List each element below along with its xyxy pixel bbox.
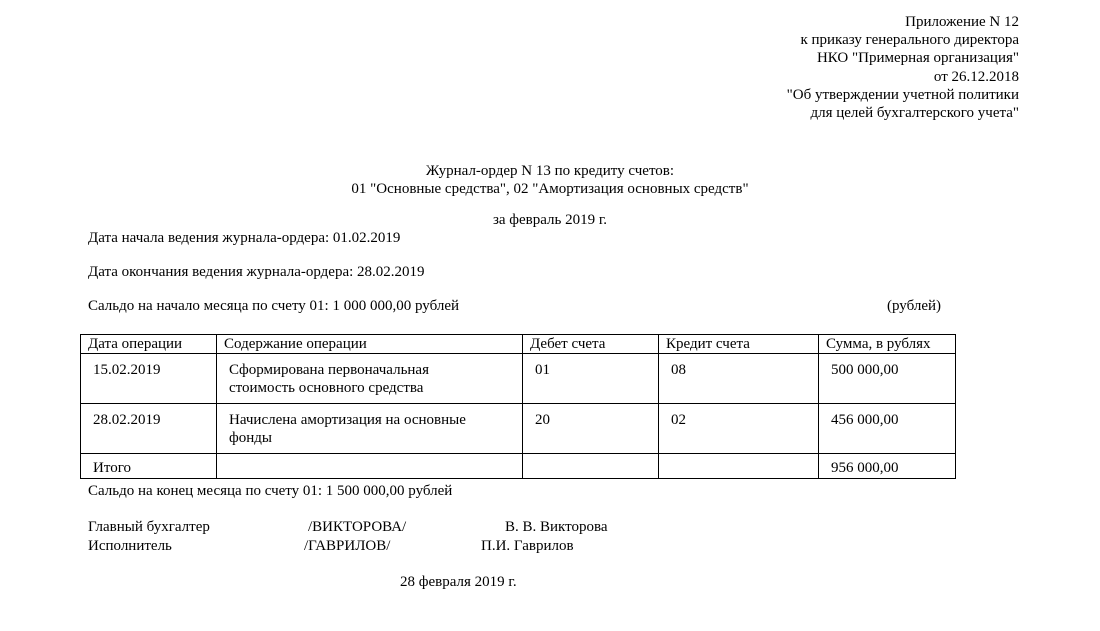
header-amount: Сумма, в рублях <box>819 335 956 354</box>
appendix-header: Приложение N 12 к приказу генерального д… <box>787 13 1019 122</box>
cell-amount: 456 000,00 <box>819 404 956 454</box>
total-debit <box>523 454 659 479</box>
cell-amount: 500 000,00 <box>819 354 956 404</box>
table-total-row: Итого 956 000,00 <box>81 454 956 479</box>
signature-role: Исполнитель <box>88 537 172 555</box>
cell-description: Сформирована первоначальная стоимость ос… <box>217 354 523 404</box>
total-amount: 956 000,00 <box>819 454 956 479</box>
end-date: Дата окончания ведения журнала-ордера: 2… <box>88 263 425 281</box>
cell-credit: 08 <box>659 354 819 404</box>
cell-date: 15.02.2019 <box>81 354 217 404</box>
document-period: за февраль 2019 г. <box>0 211 1100 229</box>
signature-mark: /ВИКТОРОВА/ <box>308 518 406 536</box>
currency-note: (рублей) <box>887 297 941 315</box>
signature-role: Главный бухгалтер <box>88 518 210 536</box>
header-credit: Кредит счета <box>659 335 819 354</box>
header-date: Дата операции <box>81 335 217 354</box>
start-date: Дата начала ведения журнала-ордера: 01.0… <box>88 229 400 247</box>
total-credit <box>659 454 819 479</box>
document-title: Журнал-ордер N 13 по кредиту счетов: <box>0 162 1100 180</box>
appendix-line: "Об утверждении учетной политики <box>787 86 1019 104</box>
cell-credit: 02 <box>659 404 819 454</box>
appendix-line: к приказу генерального директора <box>787 31 1019 49</box>
table-header-row: Дата операции Содержание операции Дебет … <box>81 335 956 354</box>
cell-debit: 20 <box>523 404 659 454</box>
closing-balance: Сальдо на конец месяца по счету 01: 1 50… <box>88 482 452 500</box>
appendix-line: НКО "Примерная организация" <box>787 49 1019 67</box>
footer-date: 28 февраля 2019 г. <box>400 573 517 591</box>
signature-mark: /ГАВРИЛОВ/ <box>304 537 390 555</box>
cell-description: Начислена амортизация на основные фонды <box>217 404 523 454</box>
appendix-line: для целей бухгалтерского учета" <box>787 104 1019 122</box>
cell-debit: 01 <box>523 354 659 404</box>
header-description: Содержание операции <box>217 335 523 354</box>
document-subtitle: 01 "Основные средства", 02 "Амортизация … <box>0 180 1100 198</box>
journal-table: Дата операции Содержание операции Дебет … <box>80 334 956 479</box>
signature-name: В. В. Викторова <box>505 518 608 536</box>
header-debit: Дебет счета <box>523 335 659 354</box>
opening-balance: Сальдо на начало месяца по счету 01: 1 0… <box>88 297 459 315</box>
total-description <box>217 454 523 479</box>
signature-name: П.И. Гаврилов <box>481 537 574 555</box>
appendix-line: от 26.12.2018 <box>787 68 1019 86</box>
table-row: 28.02.2019 Начислена амортизация на осно… <box>81 404 956 454</box>
cell-date: 28.02.2019 <box>81 404 217 454</box>
table-row: 15.02.2019 Сформирована первоначальная с… <box>81 354 956 404</box>
total-label: Итого <box>81 454 217 479</box>
appendix-line: Приложение N 12 <box>787 13 1019 31</box>
